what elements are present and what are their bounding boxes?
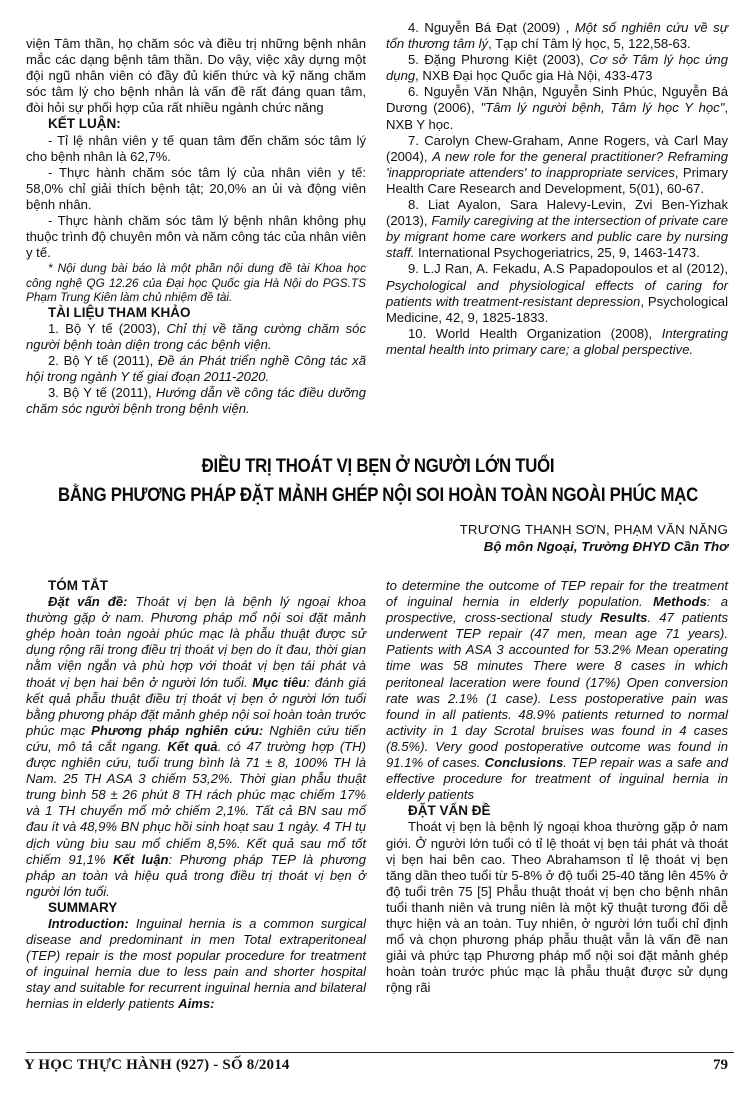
results-label: Kết quả [167,739,217,754]
footer-divider [26,1052,734,1053]
background-label: Đặt vấn đề: [48,594,127,609]
reference-item: 4. Nguyễn Bá Đạt (2009) , Một số nghiên … [386,20,728,52]
reference-authors: 9. L.J Ran, A. Fekadu, A.S Papadopoulos … [408,261,728,276]
author-affiliation: Bộ môn Ngoại, Trường ĐHYD Cần Thơ [460,538,728,555]
reference-item: 1. Bộ Y tế (2003), Chỉ thị về tăng cường… [26,321,366,353]
abstract-en-paragraph-continued: to determine the outcome of TEP repair f… [386,578,728,803]
results-text: . 47 patients underwent TEP repair (47 m… [386,610,728,770]
references-continued: 4. Nguyễn Bá Đạt (2009) , Một số nghiên … [386,20,728,358]
conclusion-label: Kết luận [113,852,169,867]
abstract-vi-heading: TÓM TẮT [26,578,366,594]
conclusion-item: - Thực hành chăm sóc tâm lý bệnh nhân kh… [26,213,366,261]
article-title-line-1: ĐIỀU TRỊ THOÁT VỊ BẸN Ở NGƯỜI LỚN TUỔI [53,452,703,481]
introduction-heading: ĐẶT VẤN ĐỀ [386,803,728,819]
funding-note: * Nội dung bài báo là một phần nội dung … [26,261,366,304]
reference-authors: 2. Bộ Y tế (2011), [48,353,158,368]
abstract-en-heading: SUMMARY [26,900,366,916]
reference-item: 9. L.J Ran, A. Fekadu, A.S Papadopoulos … [386,261,728,325]
body-paragraph: viện Tâm thần, họ chăm sóc và điều trị n… [26,36,366,116]
reference-authors: 3. Bộ Y tế (2011), [48,385,156,400]
conclusions-label: Conclusions [485,755,564,770]
objective-label: Mục tiêu [252,675,306,690]
article-title-line-2: BẰNG PHƯƠNG PHÁP ĐẶT MẢNH GHÉP NỘI SOI H… [53,481,703,510]
aims-label: Aims: [178,996,214,1011]
abstract-en-paragraph-start: Introduction: Inguinal hernia is a commo… [26,916,366,1013]
conclusion-item: - Thực hành chăm sóc tâm lý của nhân viê… [26,165,366,213]
reference-item: 8. Liat Ayalon, Sara Halevy-Levin, Zvi B… [386,197,728,261]
conclusion-heading: KẾT LUẬN: [26,116,366,132]
article-title: ĐIỀU TRỊ THOÁT VỊ BẸN Ở NGƯỜI LỚN TUỔI B… [53,452,703,510]
reference-source: , NXB Đại học Quốc gia Hà Nội, 433-473 [415,68,652,83]
reference-authors: 4. Nguyễn Bá Đạt (2009) , [408,20,575,35]
references-heading: TÀI LIỆU THAM KHẢO [26,305,366,321]
reference-item: 7. Carolyn Chew-Graham, Anne Rogers, và … [386,133,728,197]
abstract-vi-paragraph: Đặt vấn đề: Thoát vị bẹn là bệnh lý ngoạ… [26,594,366,900]
introduction-label: Introduction: [48,916,129,931]
reference-item: 10. World Health Organization (2008), In… [386,326,728,358]
reference-source: International Psychogeriatrics, 25, 9, 1… [414,245,699,260]
introduction-paragraph: Thoát vị bẹn là bệnh lý ngoại khoa thườn… [386,819,728,996]
methods-label: Phương pháp nghiên cứu: [91,723,263,738]
reference-item: 6. Nguyễn Văn Nhận, Nguyễn Sinh Phúc, Ng… [386,84,728,132]
conclusion-item: - Tỉ lệ nhân viên y tế quan tâm đến chăm… [26,133,366,165]
author-block: TRƯƠNG THANH SƠN, PHẠM VĂN NĂNG Bộ môn N… [460,521,728,555]
reference-item: 3. Bộ Y tế (2011), Hướng dẫn về công tác… [26,385,366,417]
reference-item: 2. Bộ Y tế (2011), Đề án Phát triển nghề… [26,353,366,385]
journal-footer: Y HỌC THỰC HÀNH (927) - SỐ 8/2014 [24,1057,290,1074]
reference-authors: 10. World Health Organization (2008), [408,326,662,341]
previous-article-left-column: viện Tâm thần, họ chăm sóc và điều trị n… [26,36,366,417]
reference-authors: 5. Đặng Phương Kiệt (2003), [408,52,589,67]
results-text: . có 47 trường hợp (TH) được nghiên cứu,… [26,739,366,867]
reference-title: "Tâm lý người bệnh, Tâm lý học Y học" [480,100,724,115]
reference-authors: 1. Bộ Y tế (2003), [48,321,166,336]
author-names: TRƯƠNG THANH SƠN, PHẠM VĂN NĂNG [460,521,728,538]
reference-source: , Tạp chí Tâm lý học, 5, 122,58-63. [488,36,691,51]
results-label: Results [600,610,647,625]
reference-item: 5. Đặng Phương Kiệt (2003), Cơ sở Tâm lý… [386,52,728,84]
page-number: 79 [713,1057,728,1074]
methods-label: Methods [653,594,707,609]
article-left-column: TÓM TẮT Đặt vấn đề: Thoát vị bẹn là bệnh… [26,578,366,1013]
article-right-column: to determine the outcome of TEP repair f… [386,578,728,996]
